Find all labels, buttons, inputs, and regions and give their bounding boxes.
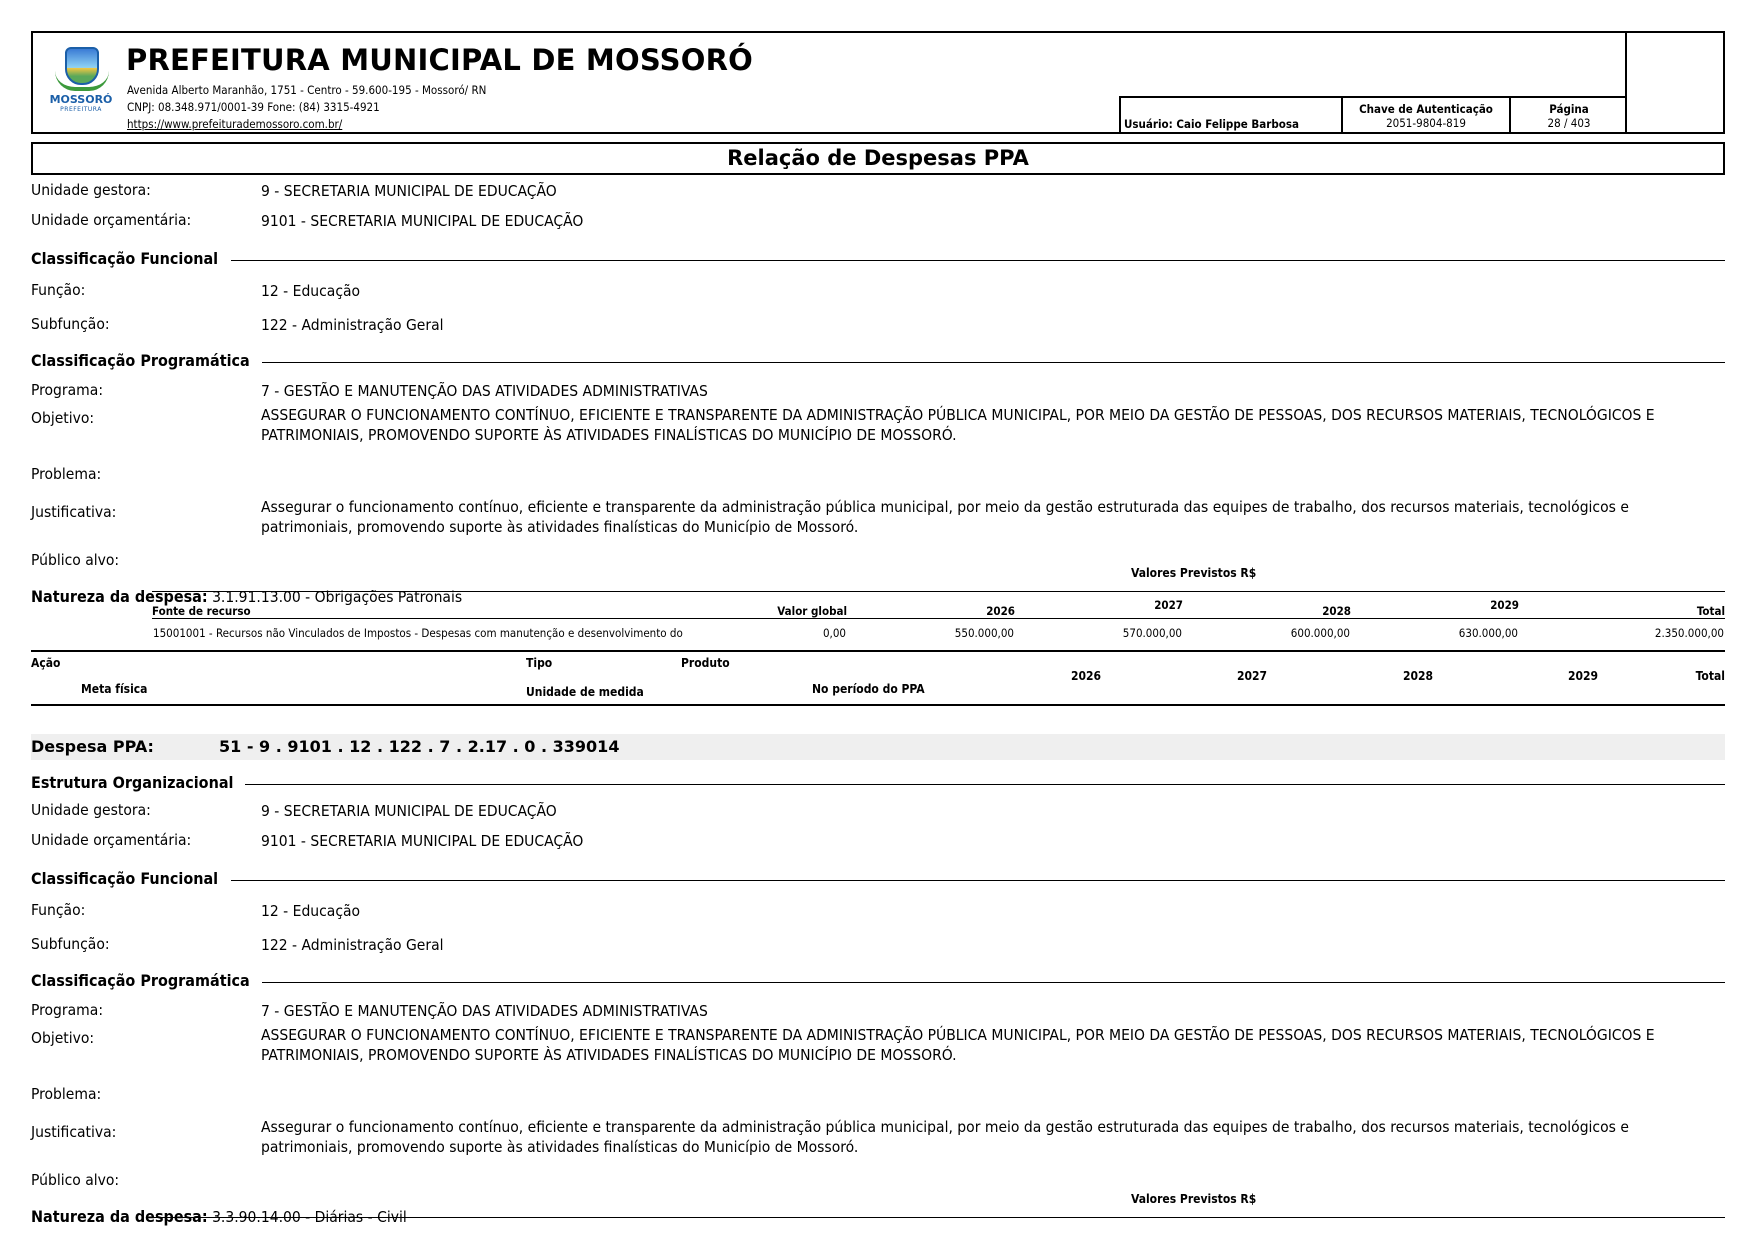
value-cell: 550.000,00 bbox=[847, 619, 1015, 648]
field-programa: Programa: 7 - GESTÃO E MANUTENÇÃO DAS AT… bbox=[31, 381, 1725, 405]
field-value: ASSEGURAR O FUNCIONAMENTO CONTÍNUO, EFIC… bbox=[261, 405, 1711, 445]
field-value: 9 - SECRETARIA MUNICIPAL DE EDUCAÇÃO bbox=[261, 801, 1711, 821]
valores-previstos-label-2: Valores Previstos R$ bbox=[1131, 1192, 1271, 1206]
section-classificacao-funcional: Classificação Funcional bbox=[31, 249, 1725, 281]
field-problema: Problema: bbox=[31, 1085, 1725, 1117]
section-classificacao-funcional: Classificação Funcional bbox=[31, 869, 1725, 901]
value-cell: 600.000,00 bbox=[1183, 619, 1351, 648]
section-title: Classificação Programática bbox=[31, 971, 250, 990]
org-title: PREFEITURA MUNICIPAL DE MOSSORÓ bbox=[126, 43, 753, 77]
logo-name: MOSSORÓ bbox=[45, 93, 117, 106]
natureza-despesa: Natureza da despesa: 3.3.90.14.00 - Diár… bbox=[31, 1207, 1725, 1237]
field-label: Justificativa: bbox=[31, 1123, 116, 1141]
table-top-rule-2 bbox=[152, 1217, 1725, 1218]
col-total: Total bbox=[1696, 669, 1725, 683]
despesa-ppa-code: 51 - 9 . 9101 . 12 . 122 . 7 . 2.17 . 0 … bbox=[219, 734, 619, 760]
value-cell: 0,00 bbox=[732, 619, 847, 648]
column-header: 2026 bbox=[847, 592, 1015, 619]
field-value: 122 - Administração Geral bbox=[261, 315, 1711, 335]
col-unidade-medida: Unidade de medida bbox=[526, 685, 644, 699]
org-website-link[interactable]: https://www.prefeiturademossoro.com.br/ bbox=[127, 117, 342, 131]
field-value: ASSEGURAR O FUNCIONAMENTO CONTÍNUO, EFIC… bbox=[261, 1025, 1711, 1065]
field-objetivo: Objetivo: ASSEGURAR O FUNCIONAMENTO CONT… bbox=[31, 405, 1725, 465]
field-unidade-gestora: Unidade gestora: 9 - SECRETARIA MUNICIPA… bbox=[31, 801, 1725, 831]
page-label: Página bbox=[1549, 102, 1589, 116]
section-title: Classificação Funcional bbox=[31, 869, 218, 888]
column-header: 2029 bbox=[1351, 592, 1519, 619]
col-produto: Produto bbox=[681, 656, 730, 670]
field-subfuncao: Subfunção: 122 - Administração Geral bbox=[31, 935, 1725, 971]
field-subfuncao: Subfunção: 122 - Administração Geral bbox=[31, 315, 1725, 351]
section-classificacao-programatica: Classificação Programática bbox=[31, 971, 1725, 1001]
field-label: Subfunção: bbox=[31, 935, 110, 953]
section-title: Estrutura Organizacional bbox=[31, 773, 233, 792]
table-row: 15001001 - Recursos não Vinculados de Im… bbox=[152, 619, 1725, 648]
field-label: Público alvo: bbox=[31, 551, 119, 569]
field-label: Problema: bbox=[31, 1085, 101, 1103]
field-value: 9101 - SECRETARIA MUNICIPAL DE EDUCAÇÃO bbox=[261, 211, 1711, 231]
section-divider bbox=[231, 880, 1725, 881]
despesa-ppa-bar: Despesa PPA: 51 - 9 . 9101 . 12 . 122 . … bbox=[31, 734, 1725, 760]
fontes-table-wrap: Fonte de recursoValor global202620272028… bbox=[152, 591, 1725, 647]
field-justificativa: Justificativa: Assegurar o funcionamento… bbox=[31, 1117, 1725, 1171]
section-divider bbox=[231, 260, 1725, 261]
field-unidade-orcamentaria: Unidade orçamentária: 9101 - SECRETARIA … bbox=[31, 831, 1725, 869]
section-divider bbox=[262, 362, 1725, 363]
expense-block-1: Unidade gestora: 9 - SECRETARIA MUNICIPA… bbox=[31, 181, 1725, 617]
field-label: Unidade gestora: bbox=[31, 181, 151, 199]
fontes-table: Fonte de recursoValor global202620272028… bbox=[152, 592, 1725, 647]
field-unidade-orcamentaria: Unidade orçamentária: 9101 - SECRETARIA … bbox=[31, 211, 1725, 249]
field-label: Subfunção: bbox=[31, 315, 110, 333]
col-meta-fisica: Meta física bbox=[81, 682, 147, 696]
field-funcao: Função: 12 - Educação bbox=[31, 281, 1725, 315]
field-label: Unidade gestora: bbox=[31, 801, 151, 819]
laurel-icon bbox=[55, 71, 109, 91]
table-header-row: Fonte de recursoValor global202620272028… bbox=[152, 592, 1725, 619]
col-2027: 2027 bbox=[1237, 669, 1267, 683]
auth-key-value: 2051-9804-819 bbox=[1386, 116, 1466, 130]
col-2028: 2028 bbox=[1403, 669, 1433, 683]
header-blank-column bbox=[1625, 33, 1723, 132]
field-value: Assegurar o funcionamento contínuo, efic… bbox=[261, 497, 1711, 537]
header-info-table: Usuário: Caio Felippe Barbosa Chave de A… bbox=[1119, 96, 1627, 134]
fonte-recurso-cell: 15001001 - Recursos não Vinculados de Im… bbox=[152, 619, 732, 648]
report-header: MOSSORÓ PREFEITURA PREFEITURA MUNICIPAL … bbox=[31, 31, 1725, 134]
field-justificativa: Justificativa: Assegurar o funcionamento… bbox=[31, 497, 1725, 551]
expense-block-2: Estrutura Organizacional Unidade gestora… bbox=[31, 773, 1725, 1237]
section-title: Classificação Programática bbox=[31, 351, 250, 370]
report-page: MOSSORÓ PREFEITURA PREFEITURA MUNICIPAL … bbox=[31, 31, 1725, 175]
col-acao: Ação bbox=[31, 656, 60, 670]
column-header: Fonte de recurso bbox=[152, 592, 732, 619]
field-label: Objetivo: bbox=[31, 1029, 94, 1047]
column-header: 2028 bbox=[1183, 592, 1351, 619]
org-address: Avenida Alberto Maranhão, 1751 - Centro … bbox=[127, 83, 486, 97]
mossoro-logo: MOSSORÓ PREFEITURA bbox=[45, 45, 117, 125]
field-value: 9 - SECRETARIA MUNICIPAL DE EDUCAÇÃO bbox=[261, 181, 1711, 201]
field-label: Função: bbox=[31, 281, 85, 299]
field-value: Assegurar o funcionamento contínuo, efic… bbox=[261, 1117, 1711, 1157]
page-number: 28 / 403 bbox=[1548, 116, 1591, 130]
field-value: 9101 - SECRETARIA MUNICIPAL DE EDUCAÇÃO bbox=[261, 831, 1711, 851]
field-publico-alvo: Público alvo: bbox=[31, 1171, 1725, 1207]
field-objetivo: Objetivo: ASSEGURAR O FUNCIONAMENTO CONT… bbox=[31, 1025, 1725, 1085]
col-2026: 2026 bbox=[1071, 669, 1101, 683]
field-value: 12 - Educação bbox=[261, 281, 1711, 301]
org-contact: CNPJ: 08.348.971/0001-39 Fone: (84) 3315… bbox=[127, 100, 380, 114]
field-value: 12 - Educação bbox=[261, 901, 1711, 921]
user-name: Usuário: Caio Felippe Barbosa bbox=[1121, 98, 1343, 134]
field-label: Público alvo: bbox=[31, 1171, 119, 1189]
page-cell: Página 28 / 403 bbox=[1511, 98, 1627, 134]
field-label: Unidade orçamentária: bbox=[31, 831, 191, 849]
field-label: Unidade orçamentária: bbox=[31, 211, 191, 229]
despesa-ppa-label: Despesa PPA: bbox=[31, 734, 154, 760]
col-tipo: Tipo bbox=[526, 656, 552, 670]
column-header: Total bbox=[1519, 592, 1725, 619]
section-divider bbox=[245, 784, 1725, 785]
field-problema: Problema: bbox=[31, 465, 1725, 497]
field-funcao: Função: 12 - Educação bbox=[31, 901, 1725, 935]
col-2029: 2029 bbox=[1568, 669, 1598, 683]
auth-key-label: Chave de Autenticação bbox=[1359, 102, 1493, 116]
col-no-periodo: No período do PPA bbox=[812, 682, 925, 696]
field-value: 7 - GESTÃO E MANUTENÇÃO DAS ATIVIDADES A… bbox=[261, 381, 1711, 401]
auth-key-cell: Chave de Autenticação 2051-9804-819 bbox=[1343, 98, 1511, 134]
acao-table-header: Ação Meta física Tipo Produto Unidade de… bbox=[31, 650, 1725, 706]
field-label: Problema: bbox=[31, 465, 101, 483]
field-value: 122 - Administração Geral bbox=[261, 935, 1711, 955]
field-label: Programa: bbox=[31, 381, 103, 399]
section-estrutura-organizacional: Estrutura Organizacional bbox=[31, 773, 1725, 801]
field-publico-alvo: Público alvo: bbox=[31, 551, 1725, 587]
value-cell: 2.350.000,00 bbox=[1519, 619, 1725, 648]
field-label: Justificativa: bbox=[31, 503, 116, 521]
field-value: 7 - GESTÃO E MANUTENÇÃO DAS ATIVIDADES A… bbox=[261, 1001, 1711, 1021]
section-classificacao-programatica: Classificação Programática bbox=[31, 351, 1725, 381]
section-title: Classificação Funcional bbox=[31, 249, 218, 268]
report-title: Relação de Despesas PPA bbox=[31, 142, 1725, 175]
column-header: 2027 bbox=[1015, 592, 1183, 619]
column-header: Valor global bbox=[732, 592, 847, 619]
logo-subtitle: PREFEITURA bbox=[45, 106, 117, 113]
valores-previstos-label: Valores Previstos R$ bbox=[1131, 566, 1271, 580]
field-label: Objetivo: bbox=[31, 409, 94, 427]
value-cell: 570.000,00 bbox=[1015, 619, 1183, 648]
field-label: Programa: bbox=[31, 1001, 103, 1019]
value-cell: 630.000,00 bbox=[1351, 619, 1519, 648]
field-unidade-gestora: Unidade gestora: 9 - SECRETARIA MUNICIPA… bbox=[31, 181, 1725, 211]
field-programa: Programa: 7 - GESTÃO E MANUTENÇÃO DAS AT… bbox=[31, 1001, 1725, 1025]
field-label: Função: bbox=[31, 901, 85, 919]
section-divider bbox=[262, 982, 1725, 983]
